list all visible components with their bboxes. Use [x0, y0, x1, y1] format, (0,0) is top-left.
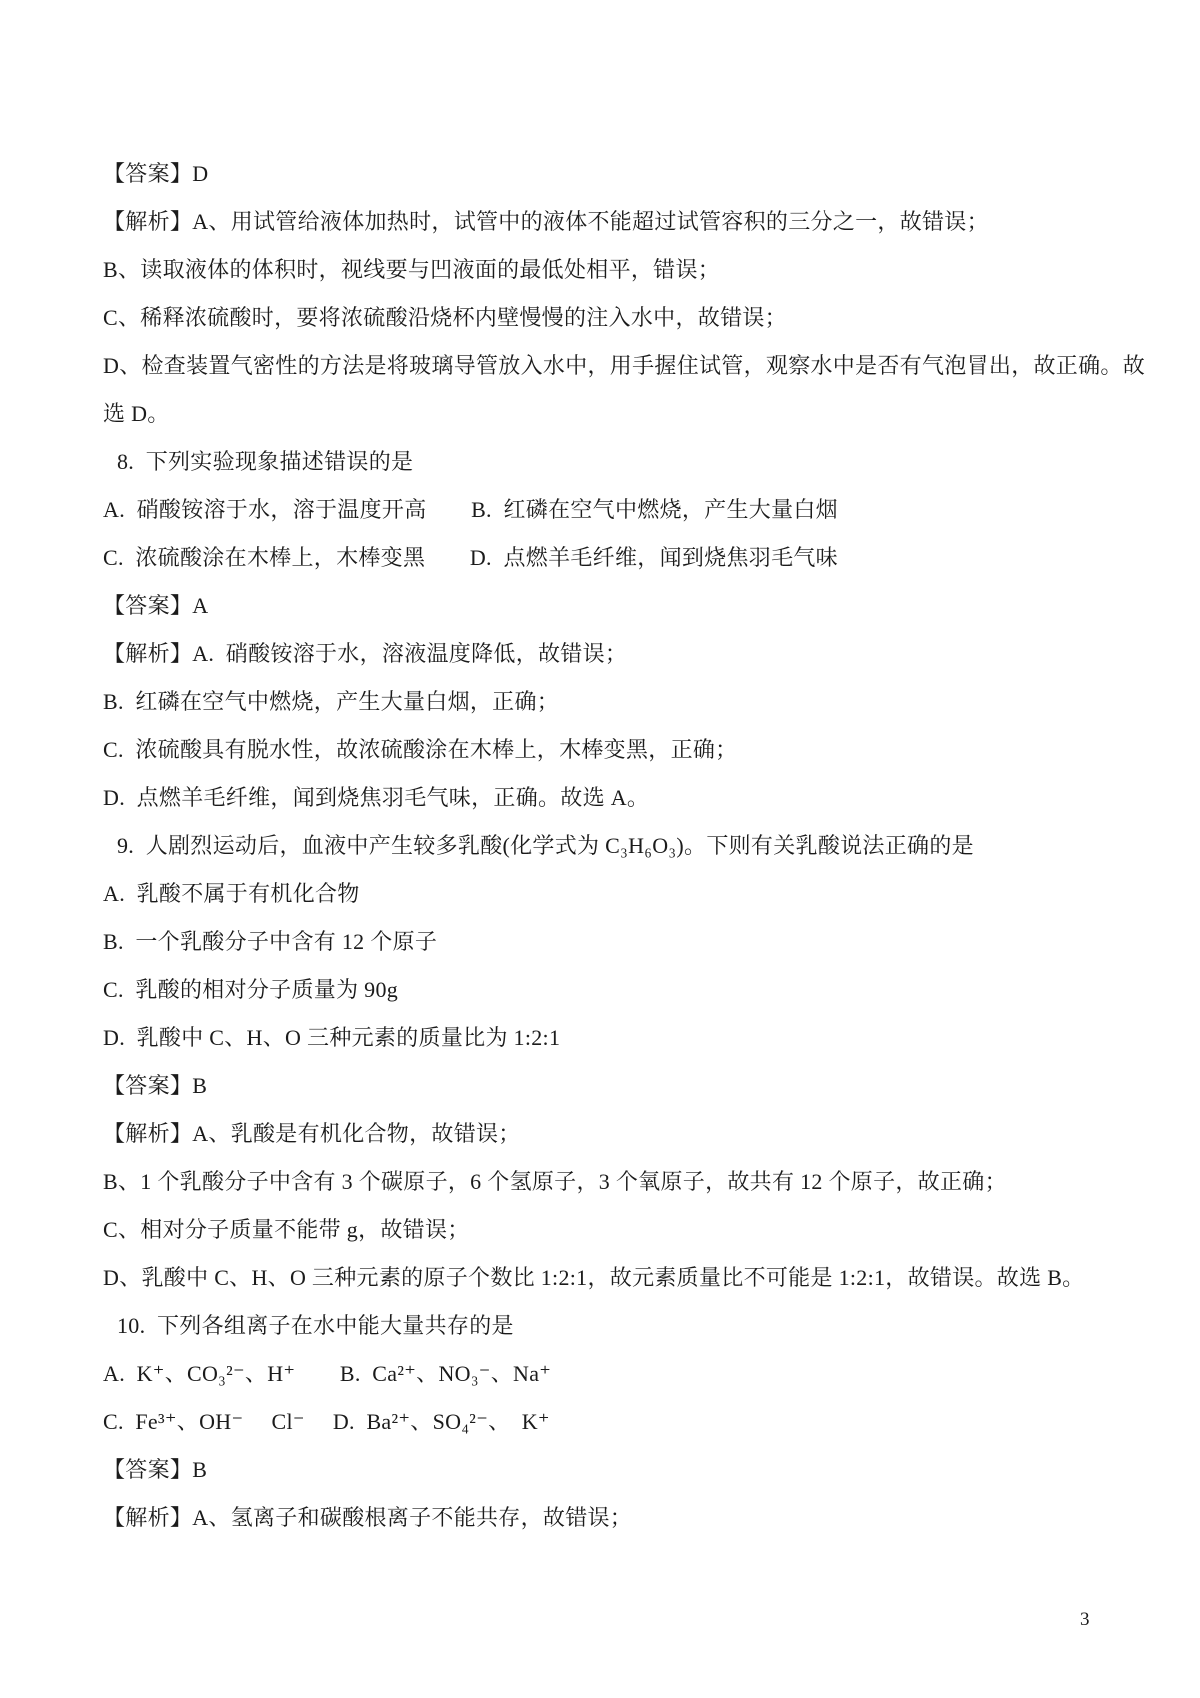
line-option-pair: A. 硝酸铵溶于水，溶于温度开高 B. 红磷在空气中燃烧，产生大量白烟: [103, 486, 1123, 534]
line-analysis-item: B. 红磷在空气中燃烧，产生大量白烟，正确；: [103, 678, 1123, 726]
line-continuation: 选 D。: [103, 390, 1123, 438]
line-answer: 【答案】A: [103, 582, 1123, 630]
line-option: C. 乳酸的相对分子质量为 90g: [103, 966, 1123, 1014]
line-analysis: 【解析】A、用试管给液体加热时，试管中的液体不能超过试管容积的三分之一，故错误；: [103, 198, 1123, 246]
line-analysis-item: C、稀释浓硫酸时，要将浓硫酸沿烧杯内壁慢慢的注入水中，故错误；: [103, 294, 1123, 342]
line-question: 9. 人剧烈运动后，血液中产生较多乳酸(化学式为 C₃H₆O₃)。下则有关乳酸说…: [103, 822, 1123, 870]
line-option-pair: C. Fe³⁺、OH⁻ Cl⁻ D. Ba²⁺、SO₄²⁻、 K⁺: [103, 1398, 1123, 1446]
line-analysis-item: B、读取液体的体积时，视线要与凹液面的最低处相平，错误；: [103, 246, 1123, 294]
line-analysis: 【解析】A、乳酸是有机化合物，故错误；: [103, 1110, 1123, 1158]
line-analysis-item: D、乳酸中 C、H、O 三种元素的原子个数比 1:2:1，故元素质量比不可能是 …: [103, 1254, 1123, 1302]
line-analysis-item: D、检查装置气密性的方法是将玻璃导管放入水中，用手握住试管，观察水中是否有气泡冒…: [103, 342, 1123, 390]
line-analysis-item: C、相对分子质量不能带 g，故错误；: [103, 1206, 1123, 1254]
line-option: D. 乳酸中 C、H、O 三种元素的质量比为 1:2:1: [103, 1014, 1123, 1062]
line-option-pair: A. K⁺、CO₃²⁻、H⁺ B. Ca²⁺、NO₃⁻、Na⁺: [103, 1350, 1123, 1398]
line-answer: 【答案】B: [103, 1062, 1123, 1110]
line-analysis: 【解析】A、氢离子和碳酸根离子不能共存，故错误；: [103, 1494, 1123, 1542]
line-option: A. 乳酸不属于有机化合物: [103, 870, 1123, 918]
line-option-pair: C. 浓硫酸涂在木棒上，木棒变黑 D. 点燃羊毛纤维，闻到烧焦羽毛气味: [103, 534, 1123, 582]
line-analysis: 【解析】A. 硝酸铵溶于水，溶液温度降低，故错误；: [103, 630, 1123, 678]
line-question: 8. 下列实验现象描述错误的是: [103, 438, 1123, 486]
line-option: B. 一个乳酸分子中含有 12 个原子: [103, 918, 1123, 966]
line-answer: 【答案】D: [103, 150, 1123, 198]
line-answer: 【答案】B: [103, 1446, 1123, 1494]
line-analysis-item: C. 浓硫酸具有脱水性，故浓硫酸涂在木棒上，木棒变黑，正确；: [103, 726, 1123, 774]
line-analysis-item: D. 点燃羊毛纤维，闻到烧焦羽毛气味，正确。故选 A。: [103, 774, 1123, 822]
line-question: 10. 下列各组离子在水中能大量共存的是: [103, 1302, 1123, 1350]
page-number: 3: [1080, 1606, 1090, 1634]
line-analysis-item: B、1 个乳酸分子中含有 3 个碳原子，6 个氢原子，3 个氧原子，故共有 12…: [103, 1158, 1123, 1206]
document-body: 【答案】D【解析】A、用试管给液体加热时，试管中的液体不能超过试管容积的三分之一…: [103, 150, 1123, 1542]
